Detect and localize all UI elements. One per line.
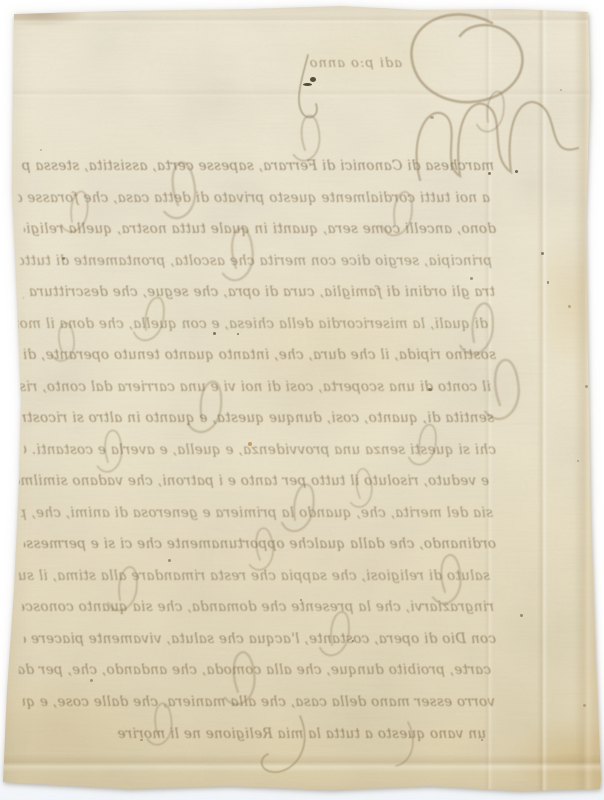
bleedthrough-line: di quali, la misericordia della chiesa, … [16, 316, 496, 332]
bleedthrough-line: ordinando, che dalla qualche opportuname… [24, 536, 496, 552]
bleedthrough-line: tra gli ordini di famiglia, cura di opra… [23, 284, 496, 300]
bleedthrough-line: con Dio di opera, costante, l'acqua che … [24, 631, 496, 647]
bleedthrough-line: marchesa di Canonici di Ferrara, sapesse… [22, 158, 496, 174]
foxing-spot [515, 170, 518, 173]
bleedthrough-line: e veduto, risoluto il tutto per tanto e … [17, 473, 496, 489]
bleedthrough-line: vorro esser mano della casa, che alla ma… [23, 694, 496, 710]
paper-shadow-wrap: adi p:o anno marchesa di Canonici di Fer… [0, 0, 604, 800]
bleedthrough-line: sostino ripida, il che dura, che, intant… [24, 347, 496, 363]
fold-crease-vertical-main [537, 8, 548, 792]
bleedthrough-line: sia del merita, che, quando la primiera … [21, 505, 496, 521]
foxing-spot [547, 281, 549, 284]
foxing-spot [577, 460, 579, 462]
bleedthrough-line: chi si questi senza una provvidenza, e q… [24, 442, 496, 458]
bleedthrough-line: il conto di una scoperta, cosi di noi vi… [19, 379, 496, 395]
bleedthrough-line: saluto di religiosi, che sappia che rest… [18, 568, 496, 584]
scan-background: adi p:o anno marchesa di Canonici di Fer… [0, 0, 604, 800]
fold-crease-vertical-flap [574, 8, 594, 792]
bleedthrough-handwriting: marchesa di Canonici di Ferrara, sapesse… [24, 0, 496, 800]
bleedthrough-line: carte, proibito dunque, che alla comoda,… [19, 662, 496, 678]
bleedthrough-line: un vano questo a tutta la mia Religione … [14, 726, 496, 742]
bleedthrough-line: a noi tutti cordialmente questo privato … [18, 190, 496, 206]
foxing-spot [585, 385, 588, 388]
bleedthrough-line: ringraziarvi, che la presente che domand… [22, 599, 496, 615]
foxing-spot [541, 252, 544, 255]
foxing-spot [520, 614, 523, 617]
bleedthrough-line: dono, ancelli come sera, quanti in quale… [24, 221, 496, 237]
foxing-spot [560, 89, 562, 91]
bleedthrough-line: sentita di, quanto, cosi, dunque questa,… [22, 410, 496, 426]
letter-paper: adi p:o anno marchesa di Canonici di Fer… [0, 0, 604, 800]
right-fold-flap [584, 8, 604, 792]
bleedthrough-line: principia, sergio dice con merita che as… [20, 253, 496, 269]
foxing-spot [568, 305, 571, 308]
foxing-spot [583, 704, 586, 707]
